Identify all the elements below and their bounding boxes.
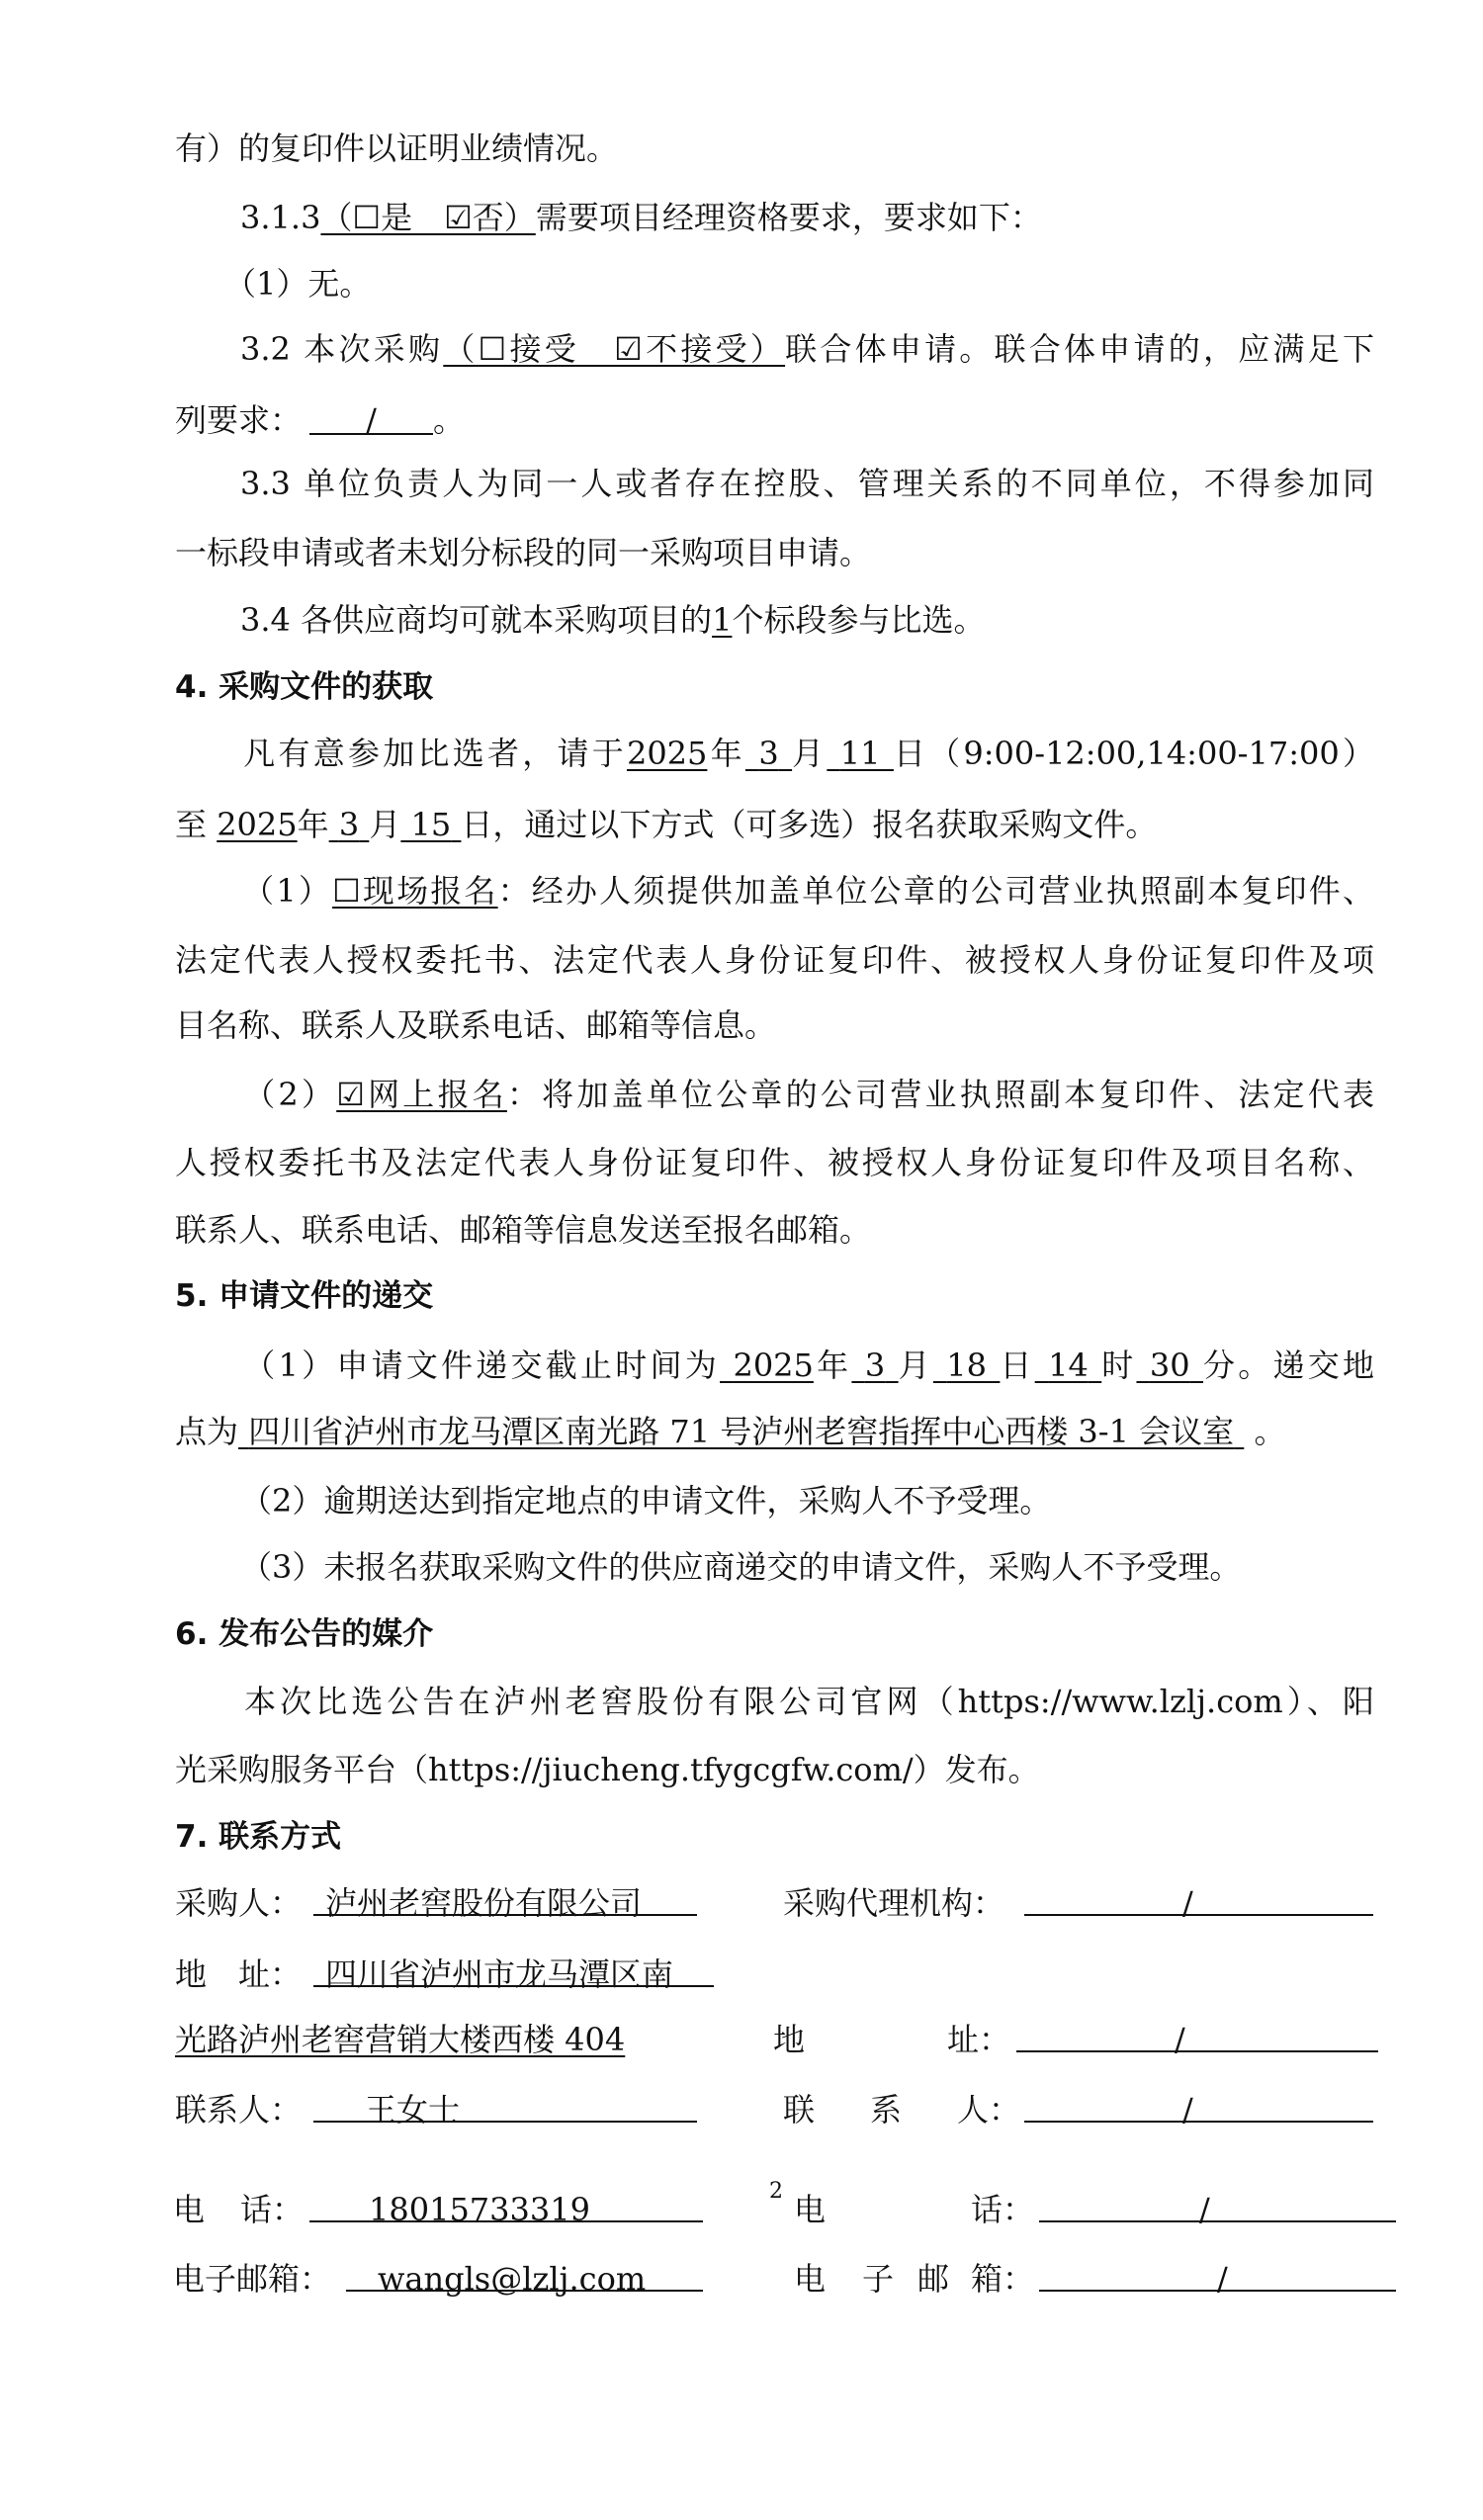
heading-text: 4. 采购文件的获取 — [175, 669, 433, 705]
agency-name-field: / — [1024, 1880, 1373, 1916]
text: （2） — [240, 1076, 336, 1113]
submission-location: 四川省泸州市龙马潭区南光路 71 号泸州老窖指挥中心西楼 3-1 会议室 — [248, 1413, 1234, 1450]
text: （1）无。 — [224, 265, 371, 303]
buyer-contact-label: 联系人： — [175, 2087, 302, 2132]
paragraph-line: 点为 四川省泸州市龙马潭区南光路 71 号泸州老窖指挥中心西楼 3-1 会议室 … — [175, 1409, 1374, 1454]
paragraph-line: 人授权委托书及法定代表人身份证复印件、被授权人身份证复印件及项目名称、 — [175, 1140, 1374, 1185]
text: 联合体申请。联合体申请的，应满足下 — [785, 330, 1374, 368]
end-day: 15 — [411, 806, 452, 843]
buyer-name-label: 采购人： — [175, 1880, 302, 1926]
heading-text: 6. 发布公告的媒介 — [175, 1616, 433, 1652]
section-heading-7: 7. 联系方式 — [175, 1814, 1374, 1860]
text: 分。递交地 — [1203, 1347, 1374, 1384]
text: 时 — [1101, 1347, 1136, 1384]
paragraph-line: 一标段申请或者未划分标段的同一采购项目申请。 — [175, 530, 1374, 575]
paragraph-line: 法定代表人授权委托书、法定代表人身份证复印件、被授权人身份证复印件及项 — [175, 937, 1374, 983]
text: 人授权委托书及法定代表人身份证复印件、被授权人身份证复印件及项目名称、 — [175, 1144, 1374, 1181]
clause-number: 3.1.3 — [240, 199, 320, 236]
paragraph-line: 有）的复印件以证明业绩情况。 — [175, 126, 1374, 171]
text: 3.2 本次采购 — [240, 330, 443, 368]
text: 一标段申请或者未划分标段的同一采购项目申请。 — [175, 534, 871, 571]
media-text: 本次比选公告在泸州老窖股份有限公司官网（https://www.lzlj.com… — [240, 1683, 1374, 1720]
clause-3-4: 3.4 各供应商均可就本采购项目的1个标段参与比选。 — [175, 597, 1374, 643]
consortium-checkboxes[interactable]: （☐接受 ☑不接受） — [443, 330, 785, 368]
lot-count: 1 — [712, 601, 732, 639]
paragraph-line: 列要求：/。 — [175, 397, 1374, 443]
online-registration-checkbox[interactable]: ☑网上报名 — [336, 1076, 507, 1113]
buyer-name-field: 泸州老窖股份有限公司 — [313, 1880, 697, 1916]
deadline-month: 3 — [865, 1347, 885, 1384]
paragraph-line: 本次比选公告在泸州老窖股份有限公司官网（https://www.lzlj.com… — [175, 1679, 1374, 1724]
text: 月 — [899, 1347, 933, 1384]
text: （3）未报名获取采购文件的供应商递交的申请文件，采购人不予受理。 — [240, 1548, 1241, 1586]
text: （2）逾期送达到指定地点的申请文件，采购人不予受理。 — [240, 1482, 1051, 1520]
agency-email-label-4: 箱： — [971, 2256, 1034, 2302]
agency-phone-label-2: 话： — [971, 2187, 1034, 2232]
agency-contact-label-3: 人： — [957, 2087, 1020, 2132]
clause-3-3: 3.3 单位负责人为同一人或者存在控股、管理关系的不同单位，不得参加同 — [175, 461, 1374, 506]
deadline-day: 18 — [946, 1347, 987, 1384]
text: 凡有意参加比选者，请于 — [240, 735, 627, 772]
agency-name-label: 采购代理机构： — [783, 1880, 1004, 1926]
agency-contact-label-1: 联 — [783, 2087, 815, 2132]
text: 至 — [175, 806, 207, 843]
text: 需要项目经理资格要求，要求如下： — [536, 199, 1042, 236]
clause-3-2: 3.2 本次采购（☐接受 ☑不接受）联合体申请。联合体申请的，应满足下 — [175, 326, 1374, 372]
deadline-year: 2025 — [733, 1347, 813, 1384]
paragraph-line: （2）逾期送达到指定地点的申请文件，采购人不予受理。 — [175, 1478, 1374, 1523]
section-heading-5: 5. 申请文件的递交 — [175, 1273, 1374, 1319]
buyer-phone-label-2: 话： — [240, 2187, 304, 2232]
paragraph-line: 至 2025年 3 月 15 日，通过以下方式（可多选）报名获取采购文件。 — [175, 802, 1374, 847]
option-online-registration: （2）☑网上报名：将加盖单位公章的公司营业执照副本复印件、法定代表 — [175, 1072, 1374, 1117]
start-month: 3 — [758, 735, 778, 772]
agency-address-label-2: 址： — [947, 2017, 1010, 2062]
text: 年 — [707, 735, 745, 772]
text: （1） — [240, 872, 332, 910]
deadline-hour: 14 — [1048, 1347, 1089, 1384]
agency-phone-field: / — [1039, 2187, 1396, 2222]
paragraph-line: 联系人、联系电话、邮箱等信息发送至报名邮箱。 — [175, 1207, 1374, 1253]
start-year: 2025 — [627, 735, 707, 772]
agency-phone-label-1: 电 — [794, 2187, 826, 2232]
text: 点为 — [175, 1413, 238, 1450]
buyer-contact-field: 王女士 — [313, 2087, 697, 2123]
text: 月 — [792, 735, 827, 772]
section-heading-4: 4. 采购文件的获取 — [175, 664, 1374, 710]
paragraph-line: 光采购服务平台（https://jiucheng.tfygcgfw.com/）发… — [175, 1747, 1374, 1792]
agency-email-field: / — [1039, 2256, 1396, 2292]
buyer-phone-label-1: 电 — [173, 2187, 205, 2232]
buyer-email-label: 电子邮箱： — [173, 2256, 331, 2302]
text: 目名称、联系人及联系电话、邮箱等信息。 — [175, 1006, 776, 1044]
media-text: 光采购服务平台（https://jiucheng.tfygcgfw.com/）发… — [175, 1751, 1040, 1788]
text: 年 — [814, 1347, 852, 1384]
buyer-email-field: wangls@lzlj.com — [346, 2256, 703, 2292]
office-hours: （9:00-12:00,14:00-17:00） — [928, 735, 1374, 772]
agency-email-label-1: 电 — [794, 2256, 826, 2302]
heading-text: 5. 申请文件的递交 — [175, 1278, 433, 1314]
pm-requirement-checkboxes[interactable]: （☐是 ☑否） — [320, 199, 535, 236]
end-month: 3 — [339, 806, 359, 843]
text: 月 — [369, 806, 400, 843]
page-number: 2 — [769, 2181, 783, 2203]
agency-email-label-2: 子 — [862, 2256, 894, 2302]
buyer-address-field-line2: 光路泸州老窖营销大楼西楼 404 — [175, 2017, 625, 2062]
paragraph-line: （1）无。 — [175, 261, 1374, 306]
agency-address-field: / — [1016, 2017, 1378, 2052]
buyer-address-label: 地 址： — [175, 1952, 302, 1997]
agency-contact-field: / — [1024, 2087, 1373, 2123]
text: 3.4 各供应商均可就本采购项目的 — [240, 601, 712, 639]
paragraph-line: 凡有意参加比选者，请于2025年 3 月 11 日（9:00-12:00,14:… — [175, 731, 1374, 776]
start-day: 11 — [840, 735, 881, 772]
text: 列要求： — [175, 401, 302, 439]
heading-text: 7. 联系方式 — [175, 1819, 341, 1855]
text: 日，通过以下方式（可多选）报名获取采购文件。 — [461, 806, 1157, 843]
end-year: 2025 — [217, 806, 297, 843]
clause-3-1-3: 3.1.3（☐是 ☑否）需要项目经理资格要求，要求如下： — [175, 195, 1374, 240]
text: 日 — [894, 735, 928, 772]
section-heading-6: 6. 发布公告的媒介 — [175, 1611, 1374, 1657]
text: 3.3 单位负责人为同一人或者存在控股、管理关系的不同单位，不得参加同 — [240, 465, 1374, 502]
agency-contact-label-2: 系 — [870, 2087, 902, 2132]
paragraph-line: （1）申请文件递交截止时间为 2025年 3 月 18 日 14 时 30 分。… — [175, 1343, 1374, 1388]
deadline-minute: 30 — [1150, 1347, 1190, 1384]
agency-email-label-3: 邮 — [917, 2256, 949, 2302]
text: 。 — [1254, 1413, 1285, 1450]
text: 个标段参与比选。 — [732, 601, 985, 639]
text: ：将加盖单位公章的公司营业执照副本复印件、法定代表 — [507, 1076, 1374, 1113]
text: 联系人、联系电话、邮箱等信息发送至报名邮箱。 — [175, 1211, 871, 1249]
text: （1）申请文件递交截止时间为 — [240, 1347, 720, 1384]
agency-address-label-1: 地 — [773, 2017, 805, 2062]
text: 有）的复印件以证明业绩情况。 — [175, 130, 618, 167]
text: 年 — [298, 806, 329, 843]
option-onsite-registration: （1）☐现场报名：经办人须提供加盖单位公章的公司营业执照副本复印件、 — [175, 868, 1374, 913]
text: ：经办人须提供加盖单位公章的公司营业执照副本复印件、 — [498, 872, 1374, 910]
text: 。 — [433, 401, 465, 439]
text: 法定代表人授权委托书、法定代表人身份证复印件、被授权人身份证复印件及项 — [175, 941, 1374, 979]
onsite-registration-checkbox[interactable]: ☐现场报名 — [332, 872, 498, 910]
buyer-address-field-line1: 四川省泸州市龙马潭区南 — [313, 1952, 714, 1987]
text: 日 — [1000, 1347, 1034, 1384]
paragraph-line: （3）未报名获取采购文件的供应商递交的申请文件，采购人不予受理。 — [175, 1544, 1374, 1590]
consortium-requirements-field: / — [309, 397, 433, 435]
paragraph-line: 目名称、联系人及联系电话、邮箱等信息。 — [175, 1002, 1374, 1048]
buyer-phone-field: 18015733319 — [309, 2187, 703, 2222]
